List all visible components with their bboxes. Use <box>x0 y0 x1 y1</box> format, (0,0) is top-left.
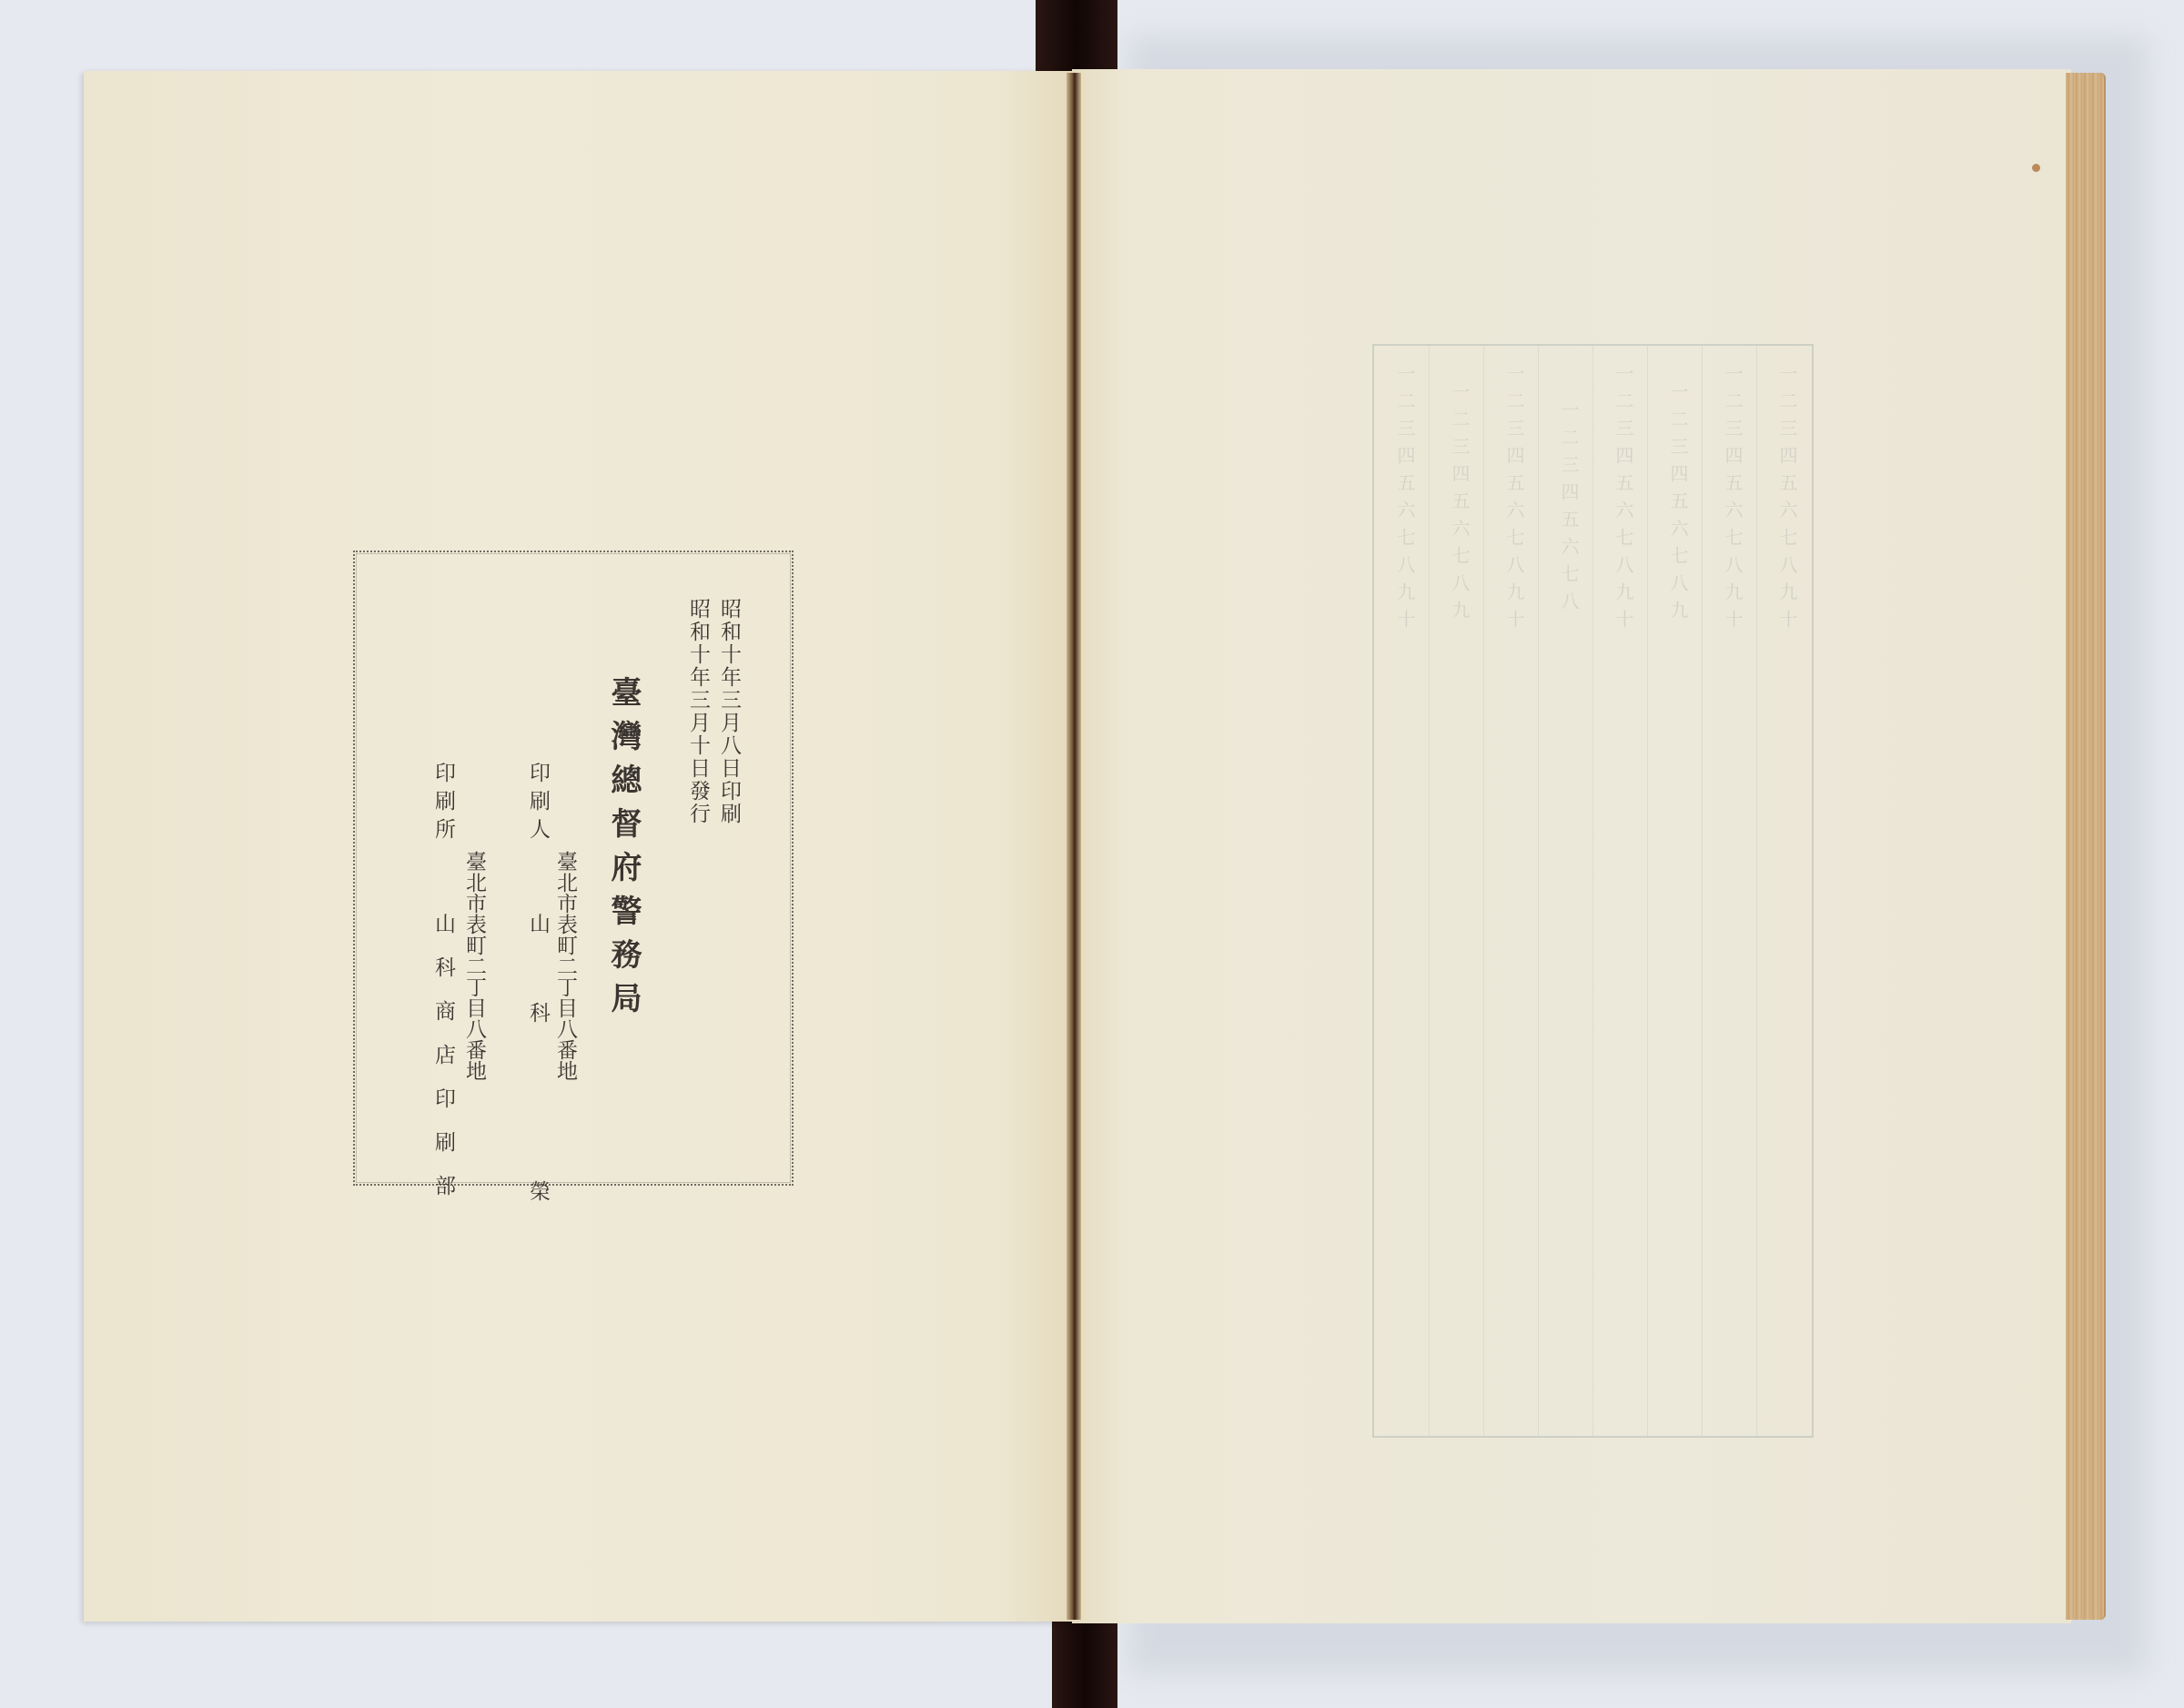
ghost-column-line <box>1702 346 1703 1436</box>
ghost-text: 一二三四五六七八九 <box>1447 382 1473 628</box>
show-through-table: 一二三四五六七八九十 一二三四五六七八九十 一二三四五六七八九 一二三四五六七八… <box>1372 344 1814 1438</box>
colophon-box: 昭和十年三月八日印刷 昭和十年三月十日發行 臺灣總督府警務局 印刷人 臺北市表町… <box>353 551 794 1186</box>
printer-name: 山 科 榮 <box>523 913 553 1225</box>
ghost-column-line <box>1756 346 1757 1436</box>
ghost-column-line <box>1483 346 1484 1436</box>
issue-date: 昭和十年三月十日發行 <box>683 598 713 825</box>
ghost-text: 一二三四五六七八九十 <box>1774 364 1801 637</box>
ghost-column-line <box>1647 346 1648 1436</box>
publisher-name: 臺灣總督府警務局 <box>602 676 646 1026</box>
ghost-text: 一二三四五六七八九 <box>1665 382 1692 628</box>
ghost-text: 一二三四五六七八九十 <box>1720 364 1746 637</box>
printer-label: 印刷人 <box>523 762 553 846</box>
print-shop-label: 印刷所 <box>429 762 459 846</box>
book-gutter <box>1067 73 1081 1620</box>
ghost-text: 一二三四五六七八九十 <box>1392 364 1419 637</box>
print-date: 昭和十年三月八日印刷 <box>714 598 744 825</box>
ghost-column-line <box>1592 346 1593 1436</box>
ghost-text: 一二三四五六七八九十 <box>1501 364 1528 637</box>
ghost-text: 一二三四五六七八 <box>1556 400 1582 619</box>
foxing-spot <box>2032 164 2040 172</box>
print-shop-address: 臺北市表町二丁目八番地 <box>460 851 490 1081</box>
ghost-column-line <box>1429 346 1430 1436</box>
print-shop-name: 山科商店印刷部 <box>429 913 459 1218</box>
page-fore-edge <box>2066 73 2106 1620</box>
ghost-text: 一二三四五六七八九十 <box>1611 364 1637 637</box>
binding-strip-bottom <box>1052 1620 1117 1708</box>
printer-address: 臺北市表町二丁目八番地 <box>551 851 581 1081</box>
ghost-column-line <box>1538 346 1539 1436</box>
binding-strip-top <box>1036 0 1117 73</box>
